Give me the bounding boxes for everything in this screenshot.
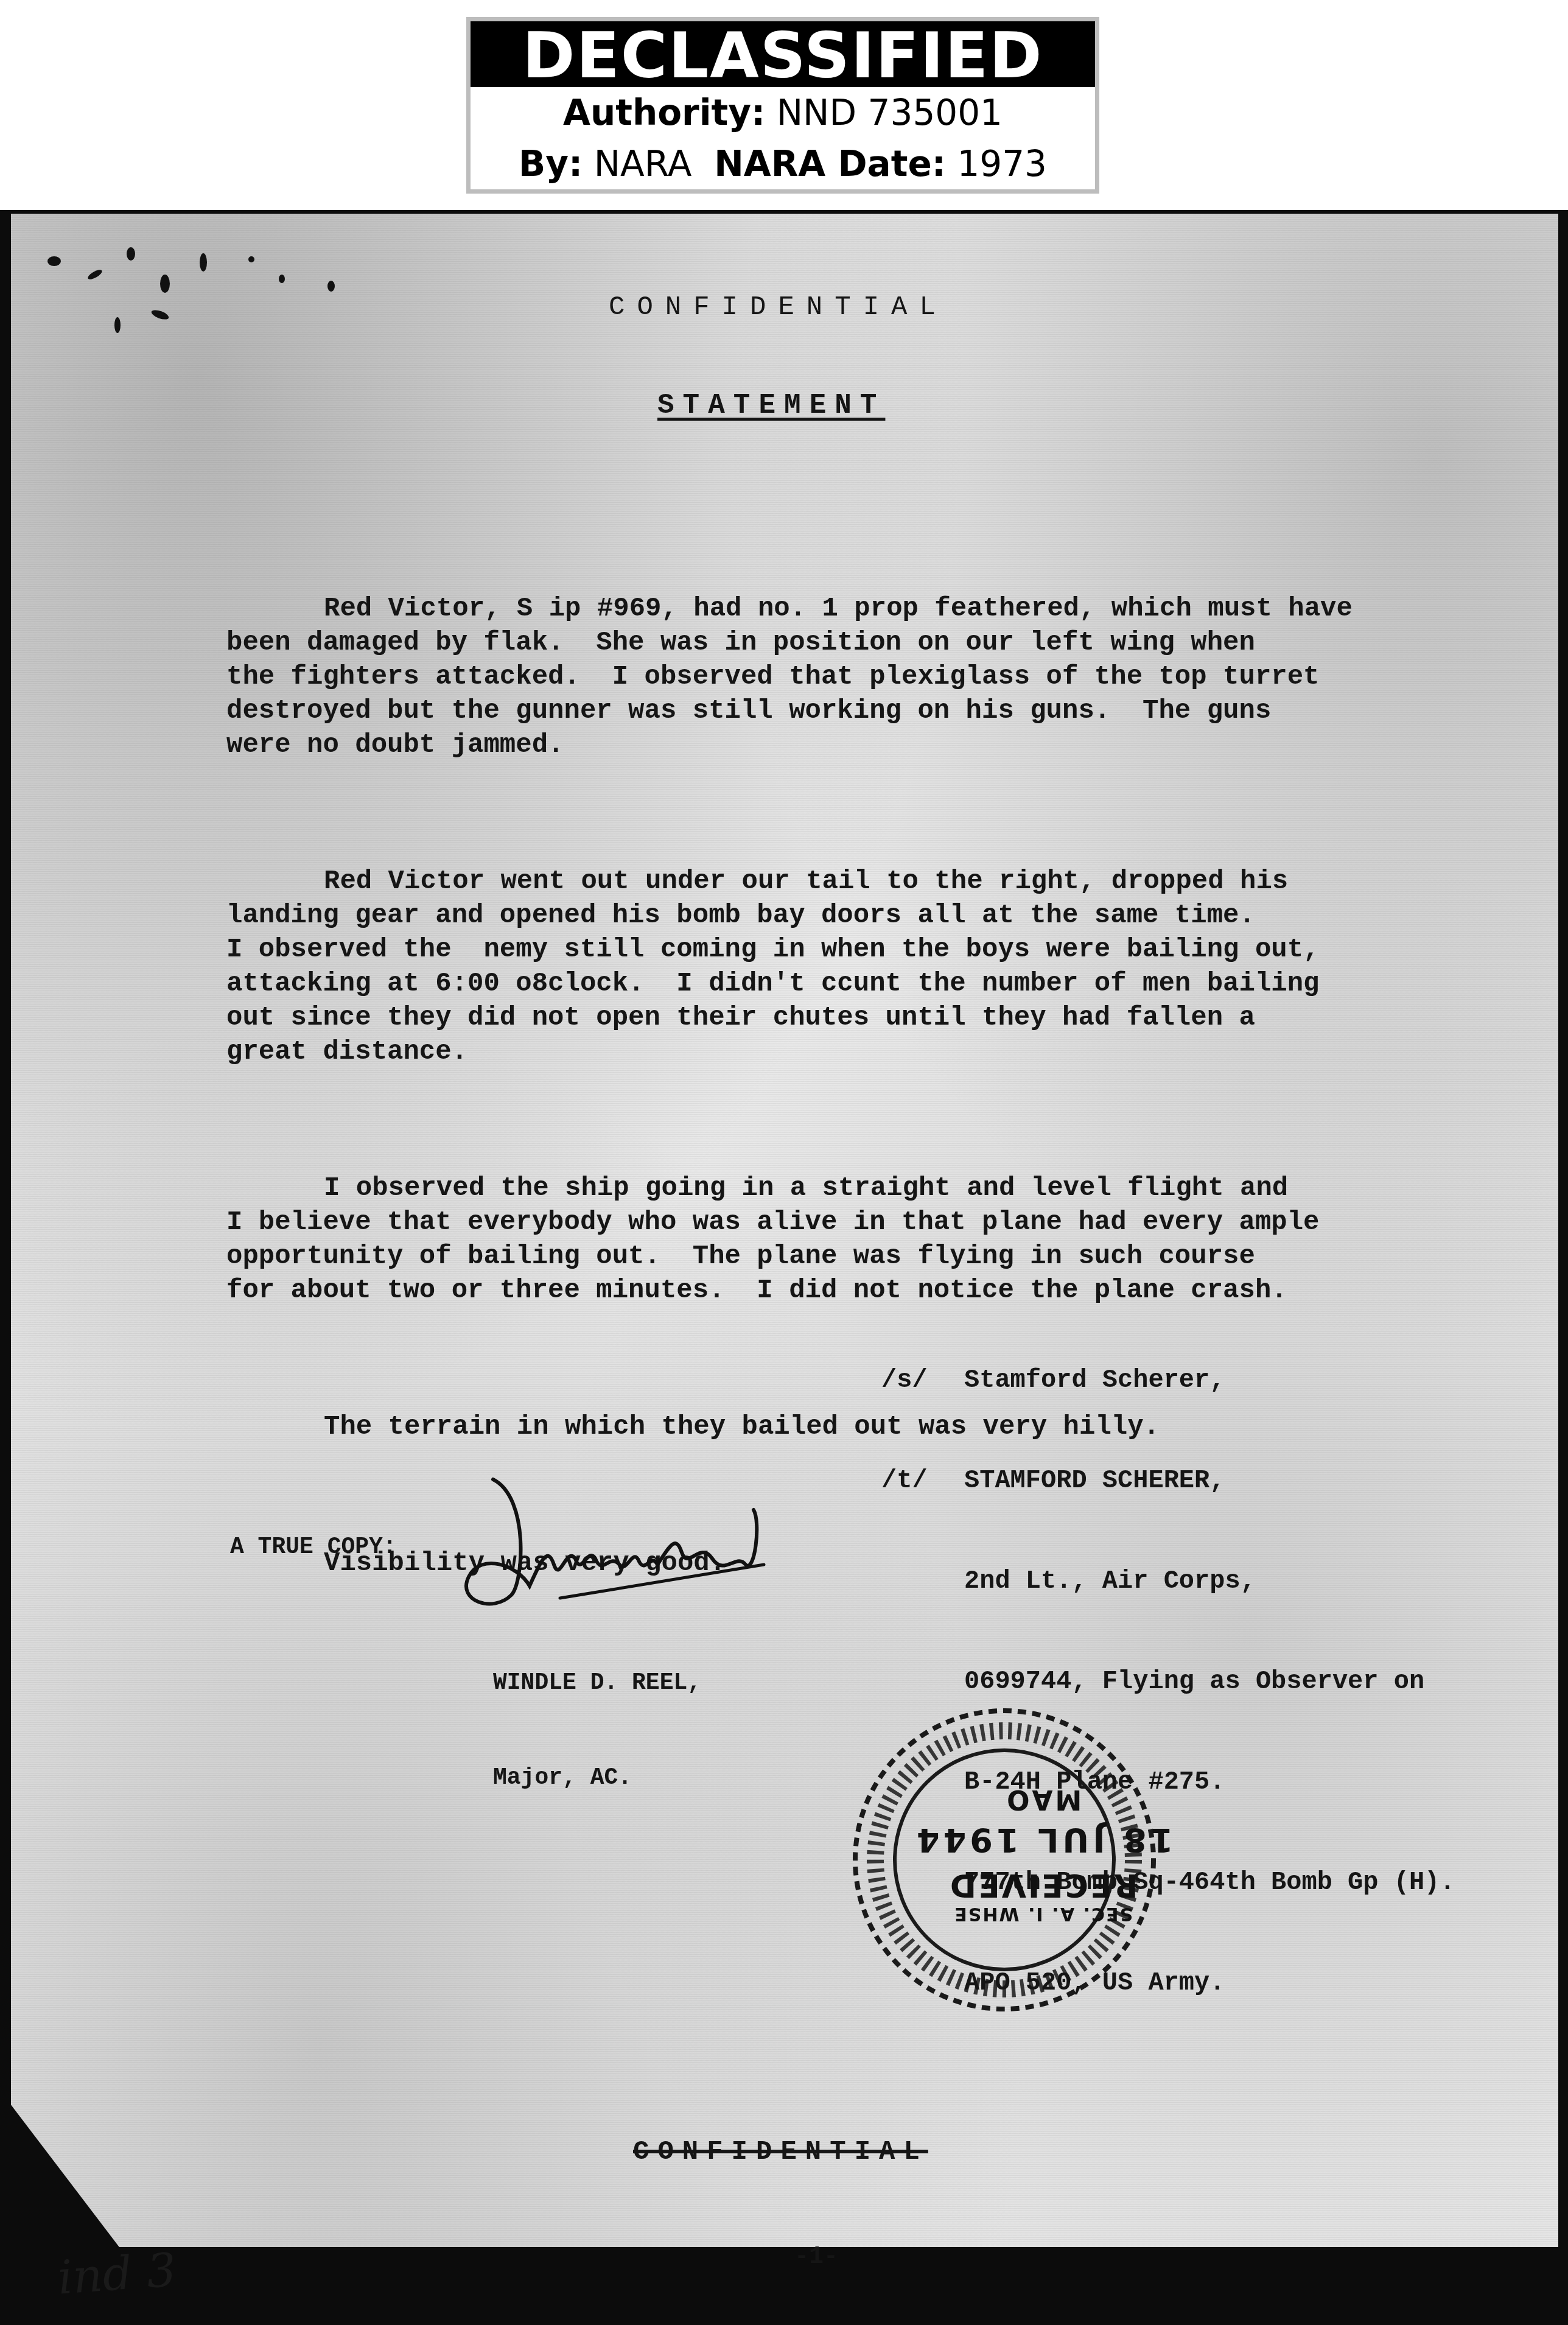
by-label: By: [519, 143, 583, 184]
classification-header: CONFIDENTIAL [609, 292, 948, 323]
text-line: out since they did not open their chutes… [226, 1001, 1383, 1035]
ink-speck [114, 317, 121, 333]
text-line: great distance. [226, 1035, 1383, 1069]
by-value: NARA [594, 143, 692, 184]
ink-speck [200, 253, 207, 272]
authority-label: Authority: [563, 92, 765, 133]
stamp-line-1: SEC. A. I. WHSE [913, 1903, 1173, 1924]
statement-title: STATEMENT [657, 390, 885, 421]
text-line: Red Victor, S ip #969, had no. 1 prop fe… [226, 592, 1383, 626]
text-line: the fighters attacked. I observed that p… [226, 660, 1383, 694]
nara-date-label: NARA Date: [714, 143, 946, 184]
typed-name: STAMFORD SCHERER, [964, 1464, 1225, 1498]
ink-speck [86, 268, 103, 281]
authority-value: NND 735001 [777, 92, 1003, 133]
stamp-date: 18 JUL 1944 [913, 1821, 1173, 1859]
declassified-banner: DECLASSIFIED [471, 21, 1095, 87]
stamp-line-4: MAO [913, 1784, 1173, 1815]
signed-prefix: /s/ [881, 1364, 964, 1397]
serial-line: 0699744, Flying as Observer on [964, 1665, 1424, 1699]
page-number: -1- [794, 2243, 838, 2271]
certifier-block: WINDLE D. REEL, Major, AC. [493, 1604, 701, 1826]
text-line: landing gear and opened his bomb bay doo… [226, 899, 1383, 933]
paragraph-2: Red Victor went out under our tail to th… [226, 864, 1383, 1069]
handwritten-signature [457, 1473, 773, 1613]
ink-speck [248, 256, 254, 262]
signed-row: /s/ Stamford Scherer, [881, 1364, 1455, 1397]
text-line: I believe that everybody who was alive i… [226, 1205, 1383, 1240]
true-copy-label: A TRUE COPY: [230, 1534, 397, 1560]
signed-name: Stamford Scherer, [964, 1364, 1225, 1397]
classification-footer: CONFIDENTIAL [633, 2137, 928, 2167]
text-line: I observed the ship going in a straight … [226, 1171, 1383, 1205]
ink-speck [160, 275, 170, 293]
typed-row: /t/ STAMFORD SCHERER, [881, 1464, 1455, 1498]
typed-prefix: /t/ [881, 1464, 964, 1498]
text-line: I observed the nemy still coming in when… [226, 933, 1383, 967]
declassification-stamp: DECLASSIFIED Authority: NND 735001 By: N… [466, 17, 1099, 194]
ink-speck [279, 275, 285, 283]
text-line: destroyed but the gunner was still worki… [226, 694, 1383, 728]
text-line: opportunity of bailing out. The plane wa… [226, 1240, 1383, 1274]
rank-line: 2nd Lt., Air Corps, [964, 1565, 1256, 1598]
received-stamp-text: SEC. A. I. WHSE RECEIVED 18 JUL 1944 MAO [913, 1784, 1173, 1924]
serial-row: 0699744, Flying as Observer on [881, 1665, 1455, 1699]
handwritten-note: ind 3 [56, 2242, 178, 2304]
text-line: attacking at 6:00 o8clock. I didn't ccun… [226, 967, 1383, 1001]
certifier-rank: Major, AC. [493, 1762, 701, 1794]
text-line: Red Victor went out under our tail to th… [226, 864, 1383, 899]
ink-speck [47, 256, 61, 266]
text-line: were no doubt jammed. [226, 728, 1383, 762]
paragraph-1: Red Victor, S ip #969, had no. 1 prop fe… [226, 592, 1383, 762]
paragraph-3: I observed the ship going in a straight … [226, 1171, 1383, 1308]
by-date-line: By: NARA NARA Date: 1973 [471, 138, 1095, 189]
apo-line: APO 520, US Army. [964, 1966, 1225, 2000]
apo-row: APO 520, US Army. [881, 1966, 1455, 2000]
ink-speck [127, 247, 135, 261]
authority-line: Authority: NND 735001 [471, 87, 1095, 138]
stamp-line-2: RECEIVED [913, 1867, 1173, 1903]
ink-speck [150, 308, 170, 321]
rank-row: 2nd Lt., Air Corps, [881, 1565, 1455, 1598]
nara-date-value: 1973 [957, 143, 1047, 184]
certifier-name: WINDLE D. REEL, [493, 1667, 701, 1699]
text-line: been damaged by flak. She was in positio… [226, 626, 1383, 660]
ink-speck [327, 281, 335, 292]
